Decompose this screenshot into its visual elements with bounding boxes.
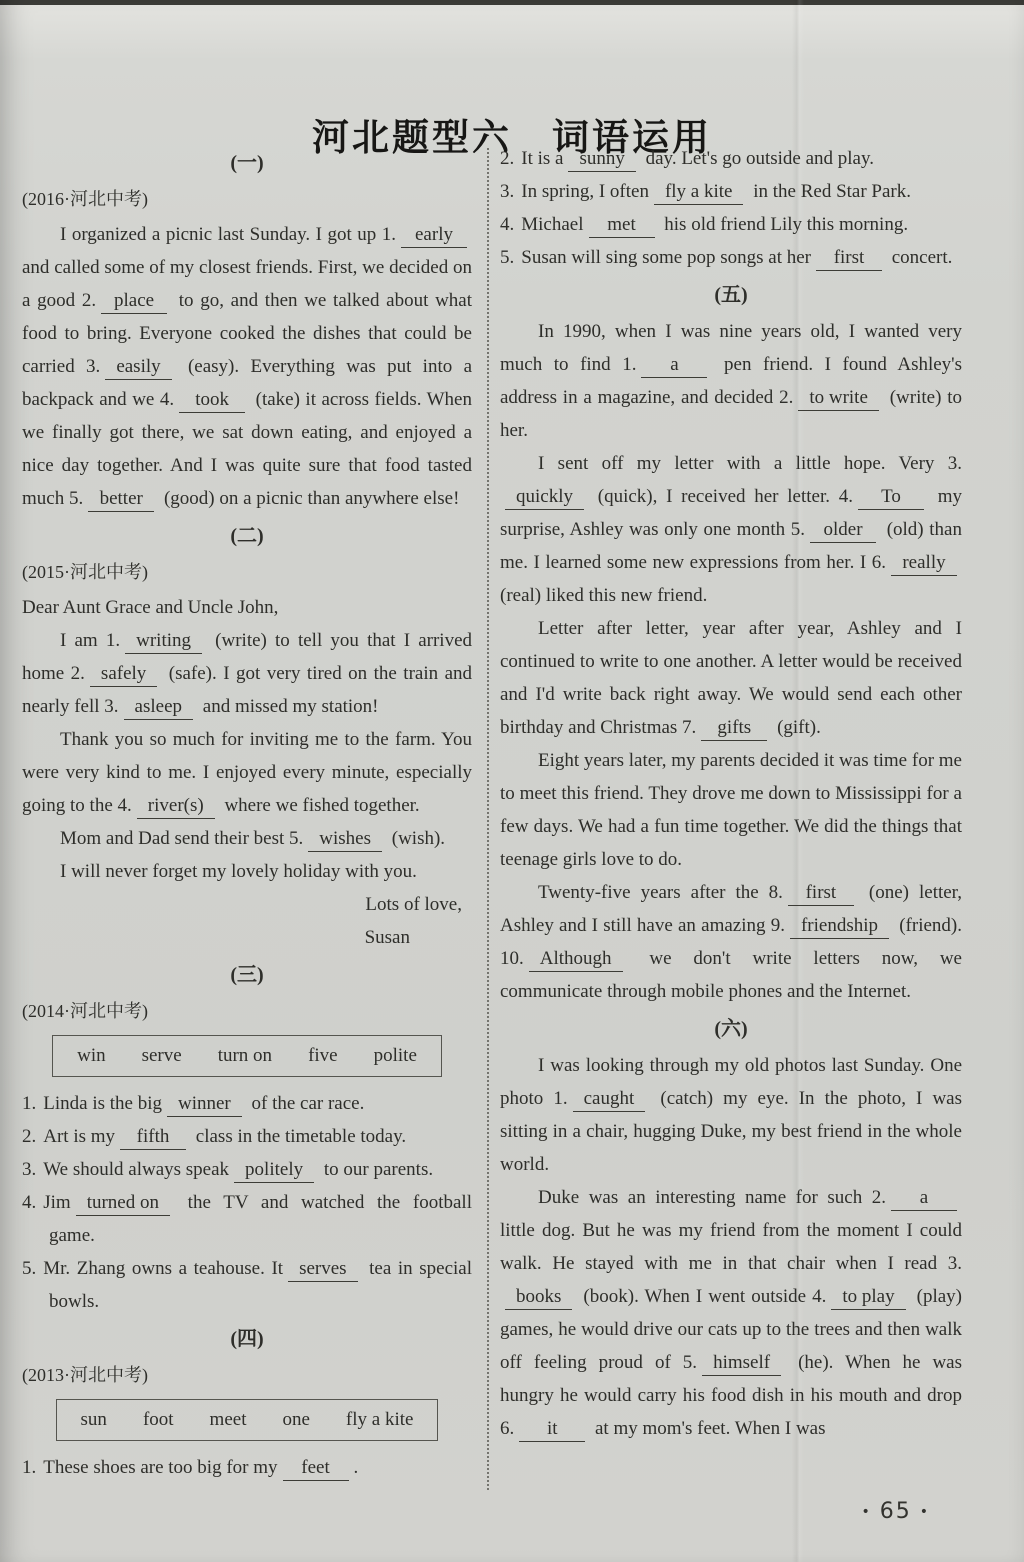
word-bank-wrap: winserveturn onfivepolite [22,1035,472,1077]
paragraph: Eight years later, my parents decided it… [500,744,962,876]
text-run: (quick), I received her letter. 4. [589,486,853,507]
list-item: 3.We should always speakpolitely to our … [22,1153,472,1186]
paragraph: Letter after letter, year after year, As… [500,612,962,744]
section-heading: (五) [500,279,962,312]
paragraph: I am 1.writing (write) to tell you that … [22,624,472,723]
blank-answer: safely [90,662,157,687]
blank-answer: gifts [701,716,767,741]
letter-salutation: Dear Aunt Grace and Uncle John, [22,591,472,624]
blank-answer: a [891,1186,957,1211]
list-item: 1.Linda is the bigwinner of the car race… [22,1087,472,1120]
text-run: I will never forget my lovely holiday wi… [60,861,417,882]
word-bank-word: five [308,1041,338,1071]
text-run: day. Let's go outside and play. [641,148,874,169]
exam-source: (2015·河北中考) [22,556,472,589]
text-run: his old friend Lily this morning. [660,214,909,235]
blank-answer: better [88,487,154,512]
item-number: 1. [22,1457,43,1478]
list-item: 2.Art is myfifth class in the timetable … [22,1120,472,1153]
paragraph: Twenty-five years after the 8.first (one… [500,876,962,1008]
text-run: in the Red Star Park. [748,181,911,202]
blank-answer: quickly [505,485,584,510]
item-number: 4. [500,214,521,235]
text-run: little dog. But he was my friend from th… [500,1220,962,1274]
blank-answer: serves [288,1257,357,1282]
paragraph: I organized a picnic last Sunday. I got … [22,218,472,515]
blank-answer: first [788,881,854,906]
text-run: Eight years later, my parents decided it… [500,750,962,870]
exam-source: (2014·河北中考) [22,995,472,1028]
word-bank: sunfootmeetonefly a kite [56,1399,439,1441]
blank-answer: himself [702,1351,781,1376]
item-number: 1. [22,1093,43,1114]
letter-closing: Lots of love, [22,888,472,921]
item-number: 5. [22,1258,43,1279]
blank-answer: early [401,223,467,248]
text-run: (gift). [772,717,821,738]
paragraph: Mom and Dad send their best 5.wishes (wi… [22,822,472,855]
column-divider [487,148,489,1490]
blank-answer: sunny [568,147,635,172]
word-bank-word: fly a kite [346,1405,414,1435]
blank-answer: politely [234,1158,314,1183]
right-column: 2.It is asunny day. Let's go outside and… [500,142,962,1445]
word-bank: winserveturn onfivepolite [52,1035,442,1077]
word-bank-word: turn on [218,1041,272,1071]
blank-answer: to write [798,386,879,411]
page-number-value: 65 [880,1499,912,1524]
text-run: (good) on a picnic than anywhere else! [159,488,459,509]
list-item: 3.In spring, I oftenfly a kite in the Re… [500,175,962,208]
paragraph: In 1990, when I was nine years old, I wa… [500,315,962,447]
blank-answer: a [641,353,707,378]
item-number: 2. [500,148,521,169]
paragraph: I was looking through my old photos last… [500,1049,962,1181]
text-run: These shoes are too big for my [43,1457,277,1478]
page-number-dot-left: • [853,1504,879,1520]
text-run: Susan will sing some pop songs at her [521,247,811,268]
paragraph: I will never forget my lovely holiday wi… [22,855,472,888]
text-run: I organized a picnic last Sunday. I got … [60,224,396,245]
text-run: We should always speak [43,1159,229,1180]
blank-answer: took [179,388,245,413]
section-heading: (二) [22,520,472,553]
scan-edge [0,0,1024,5]
section-heading: (三) [22,959,472,992]
section-heading: (四) [22,1323,472,1356]
item-number: 2. [22,1126,43,1147]
section-heading: (一) [22,147,472,180]
word-bank-word: polite [374,1041,417,1071]
list-item: 5.Susan will sing some pop songs at herf… [500,241,962,274]
word-bank-word: win [77,1041,106,1071]
blank-answer: books [505,1285,572,1310]
text-run: In spring, I often [521,181,649,202]
text-run: at my mom's feet. When I was [590,1418,825,1439]
blank-answer: friendship [790,914,889,939]
blank-answer: met [589,213,655,238]
text-run: Mom and Dad send their best 5. [60,828,303,849]
text-run: (real) liked this new friend. [500,585,707,606]
blank-answer: winner [167,1092,242,1117]
blank-answer: asleep [124,695,193,720]
letter-signature: Susan [22,921,472,954]
blank-answer: caught [573,1087,646,1112]
text-run: I sent off my letter with a little hope.… [538,453,962,474]
blank-answer: fly a kite [654,180,744,205]
section-heading: (六) [500,1013,962,1046]
text-run: Art is my [43,1126,115,1147]
text-run: Twenty-five years after the 8. [538,882,783,903]
text-run: (wish). [387,828,445,849]
text-run: Mr. Zhang owns a teahouse. It [43,1258,283,1279]
list-item: 2.It is asunny day. Let's go outside and… [500,142,962,175]
item-number: 4. [22,1192,43,1213]
blank-answer: wishes [308,827,382,852]
blank-answer: first [816,246,882,271]
word-bank-word: foot [143,1405,174,1435]
text-run: class in the timetable today. [191,1126,406,1147]
list-item: 4.Michaelmet his old friend Lily this mo… [500,208,962,241]
item-number: 3. [500,181,521,202]
text-run: It is a [521,148,563,169]
text-run: Michael [521,214,583,235]
text-run: Duke was an interesting name for such 2. [538,1187,886,1208]
exam-source: (2013·河北中考) [22,1359,472,1392]
text-run: (book). When I went outside 4. [577,1286,826,1307]
text-run: and missed my station! [198,696,378,717]
word-bank-word: one [282,1405,309,1435]
left-column: (一)(2016·河北中考)I organized a picnic last … [22,142,472,1484]
blank-answer: writing [125,629,202,654]
blank-answer: place [101,289,167,314]
blank-answer: Although [529,947,623,972]
blank-answer: river(s) [137,794,215,819]
blank-answer: really [891,551,957,576]
text-run: to our parents. [319,1159,433,1180]
blank-answer: easily [105,355,171,380]
blank-answer: to play [831,1285,905,1310]
exam-source: (2016·河北中考) [22,183,472,216]
paragraph: I sent off my letter with a little hope.… [500,447,962,612]
blank-answer: turned on [76,1191,170,1216]
blank-answer: feet [283,1456,349,1481]
text-run: (catch) my eye. In the photo, I was sitt… [500,1088,962,1175]
text-run: . [354,1457,359,1478]
page-number-dot-right: • [912,1504,938,1520]
text-run: Jim [43,1192,70,1213]
word-bank-wrap: sunfootmeetonefly a kite [22,1399,472,1441]
item-number: 3. [22,1159,43,1180]
list-item: 1.These shoes are too big for myfeet. [22,1451,472,1484]
page-number: •65• [853,1499,938,1524]
word-bank-word: serve [142,1041,182,1071]
text-run: Linda is the big [43,1093,162,1114]
item-number: 5. [500,247,521,268]
text-run: concert. [887,247,952,268]
word-bank-word: meet [210,1405,247,1435]
list-item: 5.Mr. Zhang owns a teahouse. Itserves te… [22,1252,472,1318]
paragraph: Thank you so much for inviting me to the… [22,723,472,822]
blank-answer: fifth [120,1125,186,1150]
text-run: I am 1. [60,630,120,651]
blank-answer: To [858,485,924,510]
paragraph: Duke was an interesting name for such 2.… [500,1181,962,1445]
text-run: of the car race. [247,1093,365,1114]
text-run: where we fished together. [220,795,420,816]
word-bank-word: sun [81,1405,107,1435]
blank-answer: it [519,1417,585,1442]
blank-answer: older [810,518,876,543]
list-item: 4.Jimturned on the TV and watched the fo… [22,1186,472,1252]
